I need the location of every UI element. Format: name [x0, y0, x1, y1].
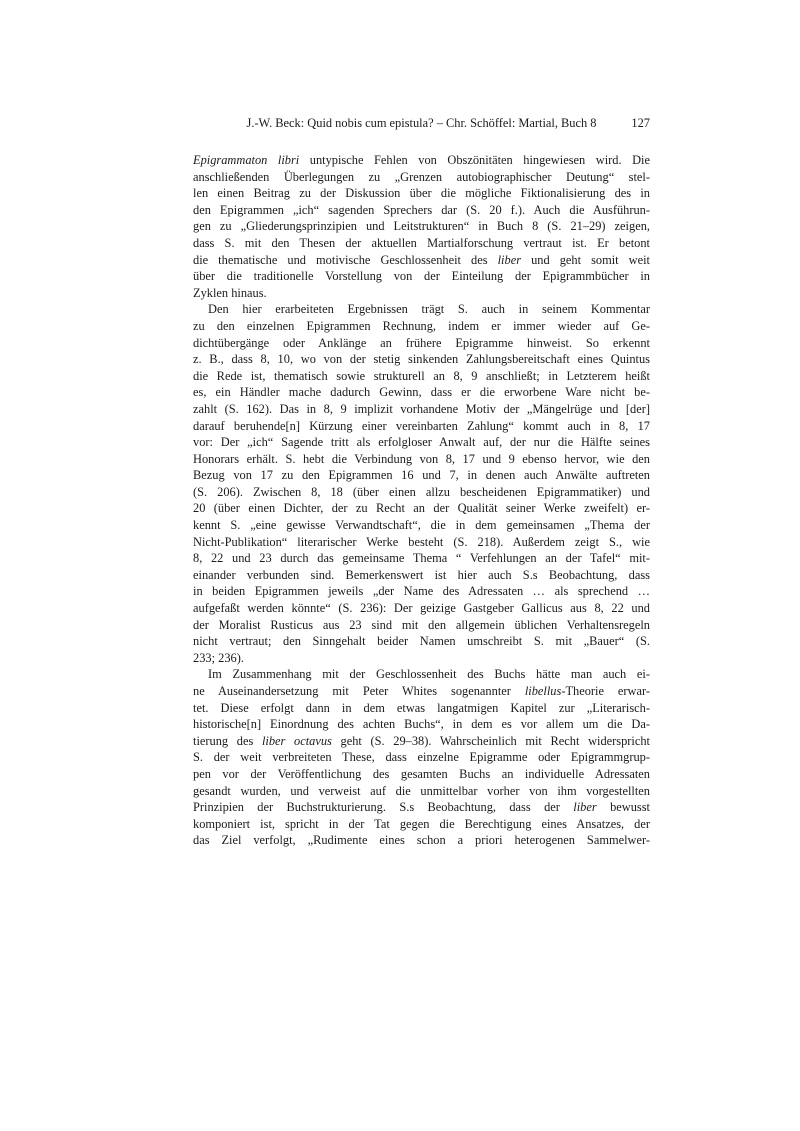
text-segment: der Moralist Rusticus aus 23 sind mit de… — [193, 618, 650, 632]
text-line: tierung des liber octavus geht (S. 29–38… — [193, 733, 650, 750]
text-segment: geht (S. 29–38). Wahrscheinlich mit Rech… — [332, 734, 650, 748]
text-segment: (S. 206). Zwischen 8, 18 (über einen all… — [193, 485, 650, 499]
text-line: darauf beruhende[n] Kürzung einer verein… — [193, 418, 650, 435]
text-segment: historische[n] Einordnung des achten Buc… — [193, 717, 650, 731]
text-line: S. der weit verbreiteten These, dass ein… — [193, 749, 650, 766]
text-segment: S. der weit verbreiteten These, dass ein… — [193, 750, 650, 764]
body-text: Epigrammaton libri untypische Fehlen von… — [193, 152, 650, 849]
text-segment: dichtübergänge oder Anklänge an frühere … — [193, 336, 650, 350]
text-segment: aufgefaßt werden könnte“ (S. 236): Der g… — [193, 601, 650, 615]
text-segment: bewusst — [597, 800, 650, 814]
text-segment: untypische Fehlen von Obszönitäten hinge… — [299, 153, 650, 167]
text-segment: den Epigrammen „ich“ sagenden Sprechers … — [193, 203, 650, 217]
text-segment: Den hier erarbeiteten Ergebnissen trägt … — [208, 302, 650, 316]
text-segment: über die traditionelle Vorstellung von d… — [193, 269, 650, 283]
text-line: historische[n] Einordnung des achten Buc… — [193, 716, 650, 733]
document-page: J.-W. Beck: Quid nobis cum epistula? – C… — [0, 0, 800, 1131]
text-line: Im Zusammenhang mit der Geschlossenheit … — [193, 666, 650, 683]
text-segment: Im Zusammenhang mit der Geschlossenheit … — [208, 667, 650, 681]
text-segment: in beiden Epigrammen jeweils „der Name d… — [193, 584, 650, 598]
text-line: nicht vertraut; den Sinngehalt beider Na… — [193, 633, 650, 650]
text-line: die Rede ist, thematisch sowie strukture… — [193, 368, 650, 385]
text-segment: anschließenden Überlegungen zu „Grenzen … — [193, 170, 650, 184]
text-line: gesandt wurden, und verweist auf die unm… — [193, 783, 650, 800]
text-line: das Ziel verfolgt, „Rudimente eines scho… — [193, 832, 650, 849]
text-segment: ne Auseinandersetzung mit Peter Whites s… — [193, 684, 525, 698]
text-segment: 233; 236). — [193, 651, 244, 665]
text-segment: Zyklen hinaus. — [193, 286, 267, 300]
text-line: 8, 22 und 23 durch das gemeinsame Thema … — [193, 550, 650, 567]
text-line: der Moralist Rusticus aus 23 sind mit de… — [193, 617, 650, 634]
text-line: anschließenden Überlegungen zu „Grenzen … — [193, 169, 650, 186]
text-line: Zyklen hinaus. — [193, 285, 650, 302]
text-segment: zu den einzelnen Epigrammen Rechnung, in… — [193, 319, 650, 333]
text-line: zahlt (S. 162). Das in 8, 9 implizit vor… — [193, 401, 650, 418]
text-segment: pen vor der Veröffentlichung des gesamte… — [193, 767, 650, 781]
text-line: den Epigrammen „ich“ sagenden Sprechers … — [193, 202, 650, 219]
text-line: Nicht-Publikation“ literarischer Werke b… — [193, 534, 650, 551]
running-head-title: J.-W. Beck: Quid nobis cum epistula? – C… — [193, 116, 650, 131]
text-line: die thematische und motivische Geschloss… — [193, 252, 650, 269]
text-line: ne Auseinandersetzung mit Peter Whites s… — [193, 683, 650, 700]
text-segment: die thematische und motivische Geschloss… — [193, 253, 498, 267]
text-segment: len einen Beitrag zu der Diskussion über… — [193, 186, 650, 200]
text-line: einander verbunden sind. Bemerkenswert i… — [193, 567, 650, 584]
text-segment: darauf beruhende[n] Kürzung einer verein… — [193, 419, 650, 433]
text-line: pen vor der Veröffentlichung des gesamte… — [193, 766, 650, 783]
text-line: Bezug von 17 zu den Epigrammen 16 und 7,… — [193, 467, 650, 484]
text-line: (S. 206). Zwischen 8, 18 (über einen all… — [193, 484, 650, 501]
text-segment: und geht somit weit — [521, 253, 650, 267]
text-segment: tierung des — [193, 734, 262, 748]
text-segment: zahlt (S. 162). Das in 8, 9 implizit vor… — [193, 402, 650, 416]
text-line: komponiert ist, spricht in der Tat gegen… — [193, 816, 650, 833]
text-segment: 8, 22 und 23 durch das gemeinsame Thema … — [193, 551, 650, 565]
text-segment: -Theorie erwar- — [561, 684, 650, 698]
text-segment: einander verbunden sind. Bemerkenswert i… — [193, 568, 650, 582]
paragraph: Im Zusammenhang mit der Geschlossenheit … — [193, 666, 650, 849]
text-line: gen zu „Gliederungsprinzipien und Leitst… — [193, 218, 650, 235]
paragraph: Den hier erarbeiteten Ergebnissen trägt … — [193, 301, 650, 666]
italic-text: Epigrammaton libri — [193, 153, 299, 167]
text-segment: Honorars erhält. S. hebt die Verbindung … — [193, 452, 650, 466]
text-segment: vor: Der „ich“ Sagende tritt als erfolgl… — [193, 435, 650, 449]
text-line: dichtübergänge oder Anklänge an frühere … — [193, 335, 650, 352]
text-segment: gesandt wurden, und verweist auf die unm… — [193, 784, 650, 798]
italic-text: liber — [573, 800, 596, 814]
text-segment: Prinzipien der Buchstrukturierung. S.s B… — [193, 800, 573, 814]
text-segment: die Rede ist, thematisch sowie strukture… — [193, 369, 650, 383]
text-line: Epigrammaton libri untypische Fehlen von… — [193, 152, 650, 169]
text-segment: 20 (über einen Dichter, der zu Recht an … — [193, 501, 650, 515]
text-segment: kennt S. „eine gewisse Verwandtschaft“, … — [193, 518, 650, 532]
text-line: über die traditionelle Vorstellung von d… — [193, 268, 650, 285]
text-line: tet. Diese erfolgt dann in dem etwas lan… — [193, 700, 650, 717]
text-segment: Nicht-Publikation“ literarischer Werke b… — [193, 535, 650, 549]
text-segment: z. B., dass 8, 10, wo von der stetig sin… — [193, 352, 650, 366]
italic-text: liber octavus — [262, 734, 332, 748]
text-segment: tet. Diese erfolgt dann in dem etwas lan… — [193, 701, 650, 715]
text-segment: gen zu „Gliederungsprinzipien und Leitst… — [193, 219, 650, 233]
italic-text: libellus — [525, 684, 561, 698]
text-line: len einen Beitrag zu der Diskussion über… — [193, 185, 650, 202]
text-line: Den hier erarbeiteten Ergebnissen trägt … — [193, 301, 650, 318]
text-line: aufgefaßt werden könnte“ (S. 236): Der g… — [193, 600, 650, 617]
text-line: zu den einzelnen Epigrammen Rechnung, in… — [193, 318, 650, 335]
text-line: dass S. mit den Thesen der aktuellen Mar… — [193, 235, 650, 252]
text-line: es, ein Händler mache dadurch Gewinn, da… — [193, 384, 650, 401]
text-segment: es, ein Händler mache dadurch Gewinn, da… — [193, 385, 650, 399]
text-segment: das Ziel verfolgt, „Rudimente eines scho… — [193, 833, 650, 847]
text-line: in beiden Epigrammen jeweils „der Name d… — [193, 583, 650, 600]
text-line: 20 (über einen Dichter, der zu Recht an … — [193, 500, 650, 517]
paragraph: Epigrammaton libri untypische Fehlen von… — [193, 152, 650, 301]
text-segment: dass S. mit den Thesen der aktuellen Mar… — [193, 236, 650, 250]
text-line: 233; 236). — [193, 650, 650, 667]
italic-text: liber — [498, 253, 521, 267]
text-line: Prinzipien der Buchstrukturierung. S.s B… — [193, 799, 650, 816]
running-header: J.-W. Beck: Quid nobis cum epistula? – C… — [193, 116, 650, 131]
text-line: Honorars erhält. S. hebt die Verbindung … — [193, 451, 650, 468]
text-segment: Bezug von 17 zu den Epigrammen 16 und 7,… — [193, 468, 650, 482]
page-number: 127 — [631, 116, 650, 131]
text-line: vor: Der „ich“ Sagende tritt als erfolgl… — [193, 434, 650, 451]
text-line: z. B., dass 8, 10, wo von der stetig sin… — [193, 351, 650, 368]
text-segment: nicht vertraut; den Sinngehalt beider Na… — [193, 634, 650, 648]
text-segment: komponiert ist, spricht in der Tat gegen… — [193, 817, 650, 831]
text-line: kennt S. „eine gewisse Verwandtschaft“, … — [193, 517, 650, 534]
